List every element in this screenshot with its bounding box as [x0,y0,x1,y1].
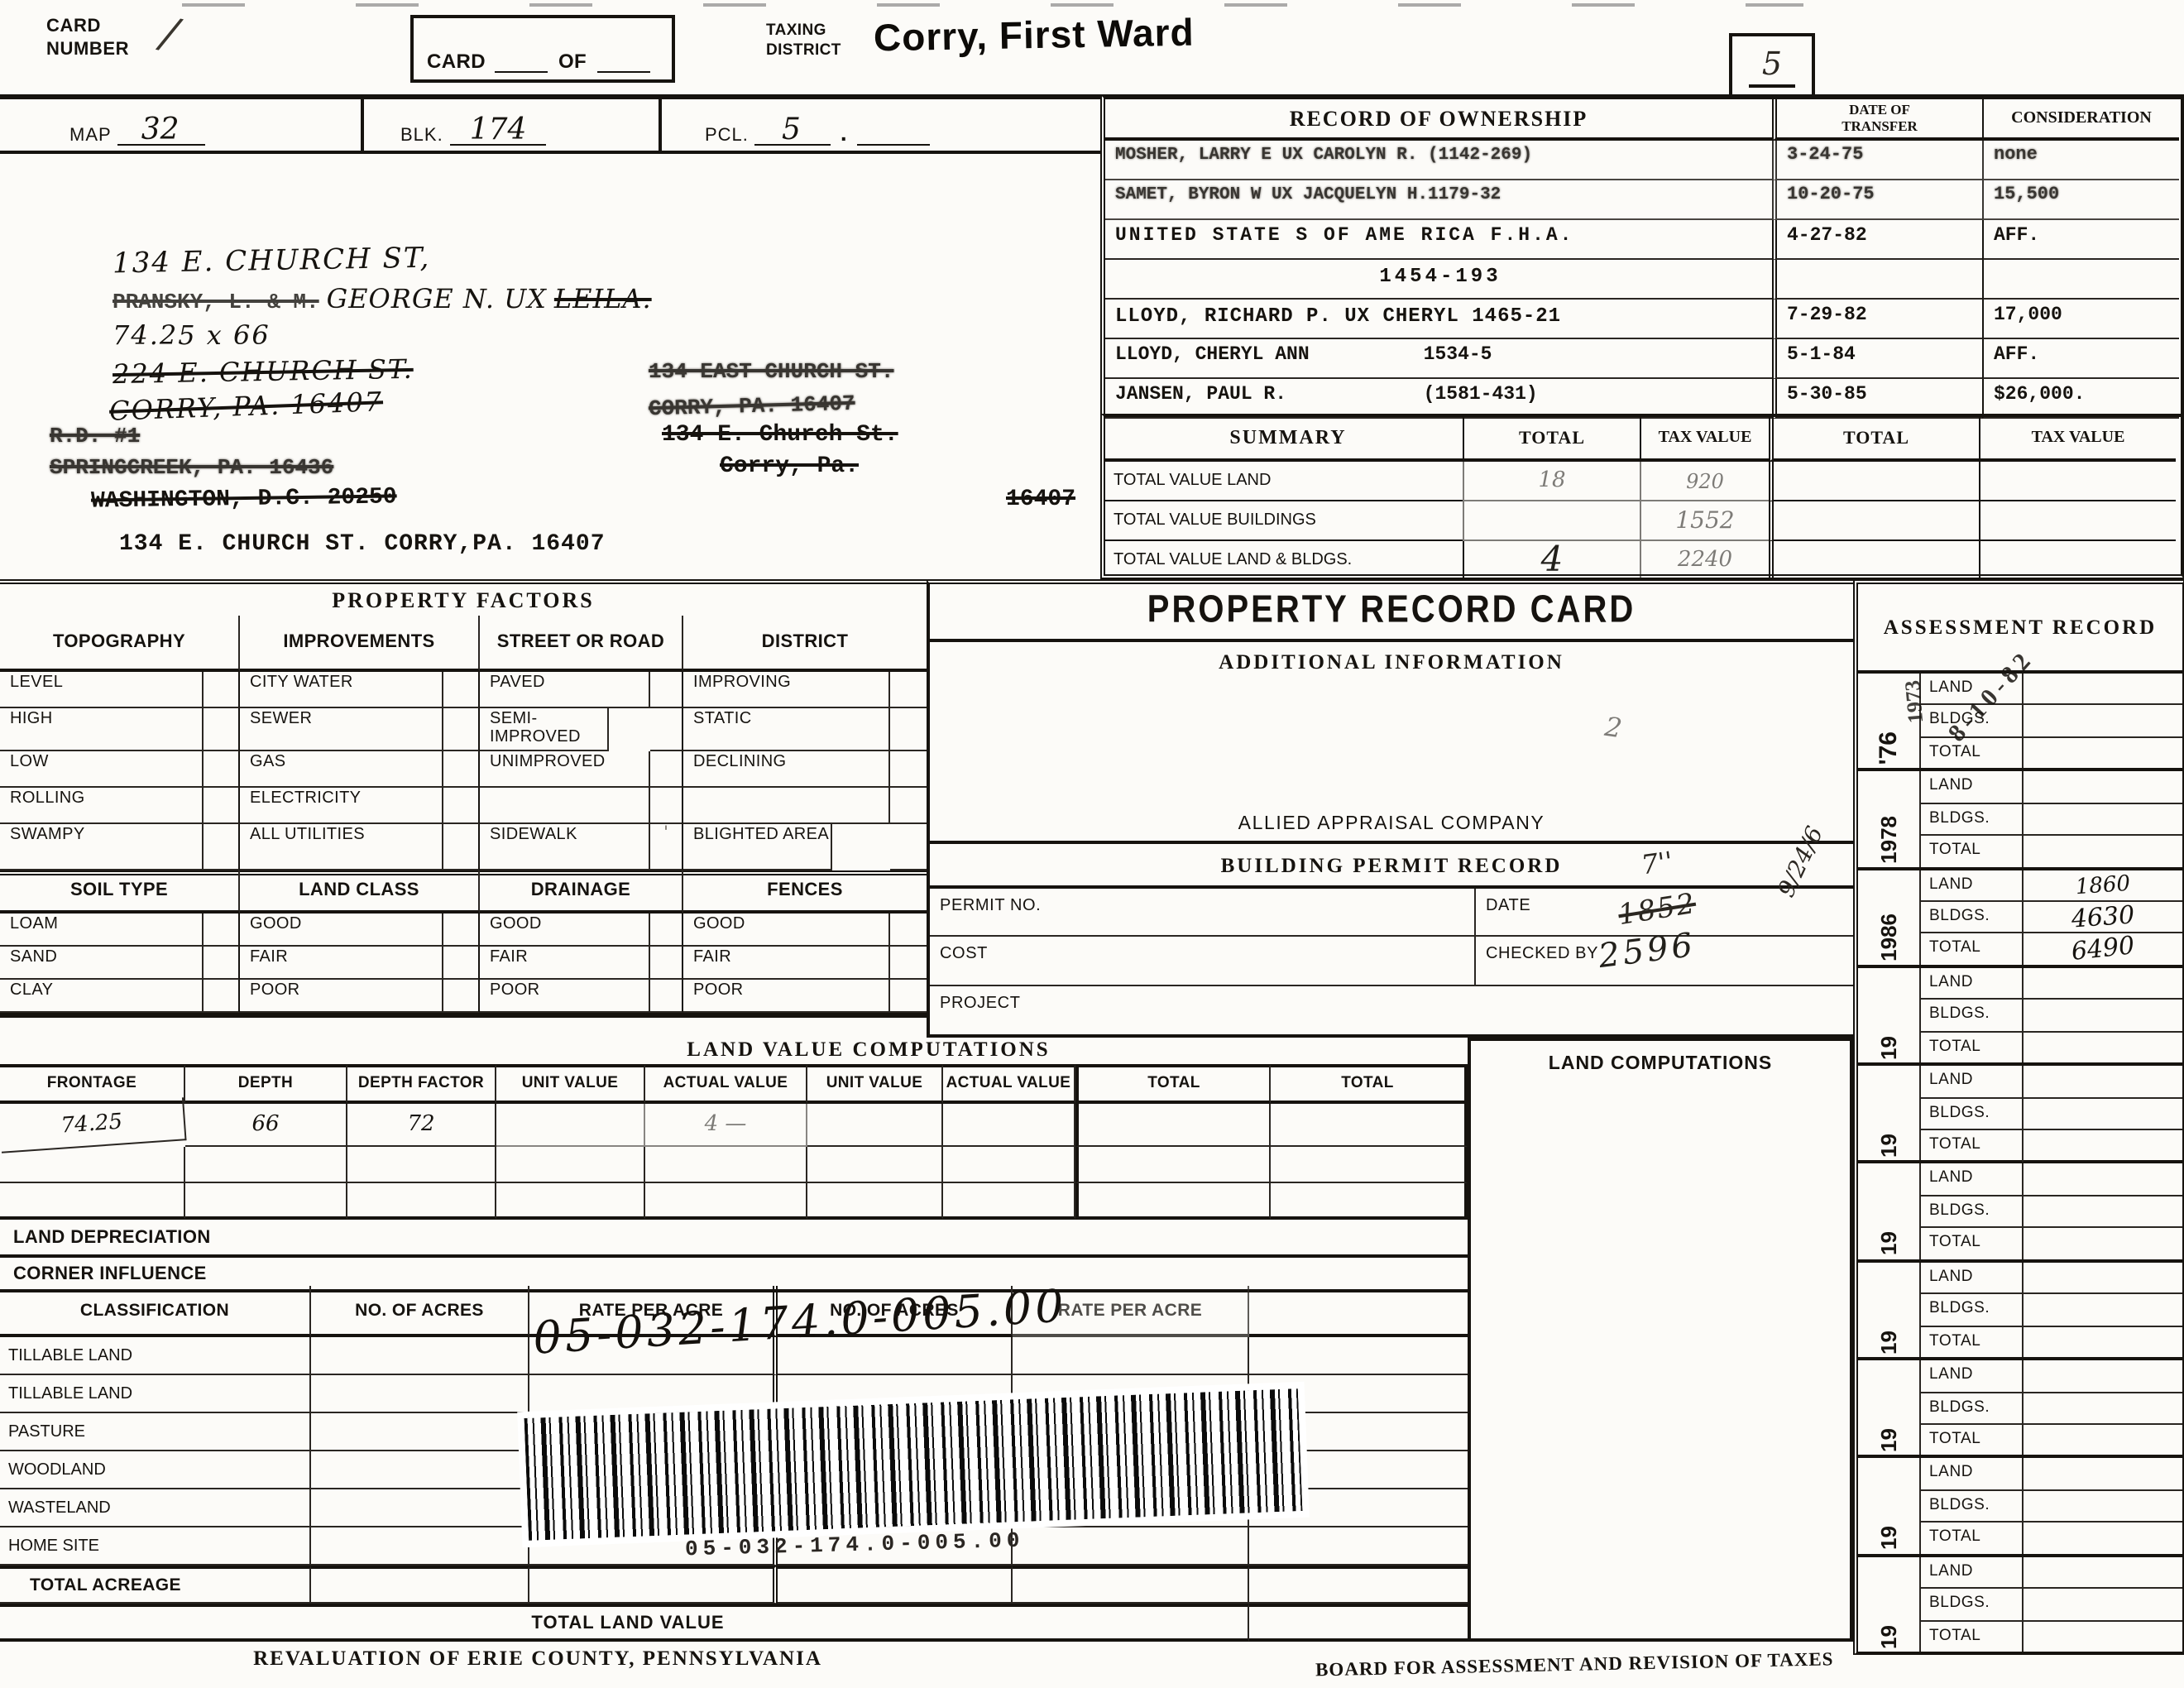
assessment-bldgs-value [2024,1393,2182,1423]
owner-row-date: 7-29-82 [1772,300,1982,339]
factor-checkbox [443,708,480,751]
soil-checkbox [443,914,480,947]
fences-option: POOR [683,980,890,1013]
factor-checkbox [650,751,683,788]
factor-checkbox [890,751,927,788]
summary-land-total: 18 [1463,462,1640,501]
additional-information-note: 2 [1602,711,1623,744]
card-of-card-label: CARD [427,50,486,73]
property-factors-title: PROPERTY FACTORS [332,587,594,613]
factor-checkbox [204,824,240,870]
soil-checkbox [204,914,240,947]
assessment-total-label: TOTAL [1921,738,2024,769]
assessment-total-value [2024,1229,2182,1259]
assessment-group: 19 LAND BLDGS. TOTAL [1858,1164,2182,1263]
factors-col-district: DISTRICT [683,616,927,672]
assessment-land-label: LAND [1921,1459,2024,1489]
assessment-land-label: LAND [1921,1360,2024,1391]
classification-col-header: CLASSIFICATION [0,1286,311,1337]
assessment-land-value [2024,674,2182,704]
soil-checkbox [890,980,927,1013]
lvc-cell-empty [347,1183,496,1220]
factor-checkbox [890,672,927,708]
map-blk-pcl-row: MAP 32 BLK. 174 PCL. 5 . [0,94,1100,154]
footer-left: REVALUATION OF ERIE COUNTY, PENNSYLVANIA [141,1647,935,1671]
acres-col-header: NO. OF ACRES [311,1286,529,1337]
factor-street-option: SIDEWALK [480,824,650,870]
card-sequence-value: 5 [1749,46,1795,87]
factor-checkbox [204,751,240,788]
address-line-2-struck2: LEILA. [554,283,652,314]
land-class-option: GOOD [240,914,443,947]
lvc-cell-empty [0,1183,185,1220]
pcl-value: 5 [755,117,831,146]
taxing-district-value: Corry, First Ward [874,11,1195,61]
assessment-land-value [2024,1556,2182,1587]
assessment-group: 19 LAND BLDGS. TOTAL [1858,1066,2182,1164]
address-line-2: PRANSKY, L. & M. GEORGE N. UX LEILA. [113,283,652,316]
soil-checkbox [650,947,683,980]
lvc-cell-empty [185,1147,347,1183]
assessment-land-value [2024,1263,2182,1293]
card-of-box: CARD OF [410,15,675,83]
ownership-date-col-label: DATE OF TRANSFER [1837,102,1923,134]
owner-row-name: MOSHER, LARRY E UX CAROLYN R. (1142-269) [1105,141,1772,180]
soil-checkbox [650,914,683,947]
owner-row-date: 10-20-75 [1772,180,1982,220]
lvc-col-actual-value: ACTUAL VALUE [645,1064,807,1104]
assessment-total-value [2024,836,2182,866]
classification-row-label: WASTELAND [0,1489,311,1527]
pcl-label: PCL. [705,126,749,146]
assessment-land-label: LAND [1921,1263,2024,1293]
classification-cell [1249,1337,1468,1375]
assessment-bldgs-value [2024,1294,2182,1325]
assessment-land-value [2024,1164,2182,1195]
summary-buildings-tax: 1552 [1640,501,1769,541]
footer-right: BOARD FOR ASSESSMENT AND REVISION OF TAX… [1315,1646,2060,1681]
lvc-cell-empty [1271,1104,1468,1147]
factor-street-option: PAVED [480,672,650,708]
classification-cell [1249,1527,1468,1566]
assessment-land-value [2024,772,2182,803]
assessment-bldgs-label: BLDGS. [1921,1589,2024,1619]
owner-row-name: SAMET, BYRON W UX JACQUELYN H.1179-32 [1105,180,1772,220]
summary-land-bldgs-tax-2 [1979,541,2176,579]
classification-cell [529,1375,778,1413]
blk-value: 174 [450,117,547,146]
land-computations-panel: LAND COMPUTATIONS [1468,1038,1853,1642]
map-label: MAP [69,126,112,146]
soil-col-drainage: DRAINAGE [480,870,683,914]
factor-improvements-option: GAS [240,751,443,788]
permit-no-label: PERMIT NO. [930,889,1476,935]
assessment-record-panel: ASSESSMENT RECORD 1973 8-10-82 '76 LAND … [1853,579,2184,1655]
card-number-handwritten-mark: / [157,9,182,60]
assessment-land-label: LAND [1921,1066,2024,1096]
classification-cell [1013,1527,1249,1566]
lvc-cell-empty [807,1147,943,1183]
classification-row-label: PASTURE [0,1413,311,1451]
classification-cell [311,1527,529,1566]
soil-col-fences: FENCES [683,870,927,914]
address-line-4a: 224 E. CHURCH ST. [113,353,414,390]
address-line-7b: Corry, Pa. [720,453,859,480]
handwritten-figure-1: 7'' [1640,846,1675,881]
scanned-property-record-card: CARD NUMBER / CARD OF TAXING DISTRICT Co… [0,0,2184,1688]
factor-checkbox [890,708,927,751]
assessment-total-label: TOTAL [1921,934,2024,965]
fences-option: FAIR [683,947,890,980]
lvc-col-total-2: TOTAL [1271,1064,1468,1104]
land-value-computations-title: LAND VALUE COMPUTATIONS [265,1038,1473,1062]
assessment-bldgs-label: BLDGS. [1921,1294,2024,1325]
factor-checkbox [204,672,240,708]
factor-street-option [480,788,650,824]
sidewalk-check-mark: ' [650,824,683,870]
lvc-cell-empty [807,1183,943,1220]
factor-district-option [683,788,890,824]
lvc-cell-empty [645,1147,807,1183]
factor-checkbox [890,788,927,824]
factor-district-option: STATIC [683,708,890,751]
owner-row-consideration: AFF. [1982,220,2179,260]
card-sequence-box: 5 [1729,33,1815,99]
assessment-bldgs-label: BLDGS. [1921,902,2024,933]
soil-checkbox [443,980,480,1013]
assessment-total-value [2024,738,2182,769]
owner-row-consideration: AFF. [1982,339,2179,379]
lvc-frontage-value: 74.25 [0,1097,187,1153]
assessment-total-label: TOTAL [1921,1033,2024,1063]
land-value-computations-table: FRONTAGE DEPTH DEPTH FACTOR UNIT VALUE A… [0,1064,1468,1292]
factors-col-topography: TOPOGRAPHY [0,616,240,672]
soil-option: LOAM [0,914,204,947]
address-line-2-struck: PRANSKY, L. & M. [113,290,319,314]
classification-cell [311,1413,529,1451]
appraisal-company-name: ALLIED APPRAISAL COMPANY [930,814,1853,834]
factor-topography-option: SWAMPY [0,824,204,870]
lvc-cell-empty [807,1104,943,1147]
owner-row-name: JANSEN, PAUL R. (1581-431) [1105,379,1772,419]
classification-cell [311,1566,529,1604]
owner-row-book-page: 1454-193 [1105,260,1772,300]
address-line-6b: 134 E. Church St. [662,422,898,448]
lot-size: 74.25 x 66 [113,319,271,351]
assessment-total-label: TOTAL [1921,1523,2024,1554]
lvc-col-unit-value: UNIT VALUE [496,1064,645,1104]
assessment-land-value [2024,1459,2182,1489]
lvc-cell-empty [1075,1183,1271,1220]
lvc-col-unit-value-2: UNIT VALUE [807,1064,943,1104]
permit-cost-label: COST [930,937,1476,985]
pcl-blank [857,126,930,146]
owner-row-date: 5-1-84 [1772,339,1982,379]
assessment-land-label: LAND [1921,1164,2024,1195]
factor-district-option: DECLINING [683,751,890,788]
lvc-cell-empty [185,1183,347,1220]
lvc-unit-value [496,1104,645,1147]
summary-col-total: TOTAL [1463,417,1640,462]
building-permit-record-title: BUILDING PERMIT RECORD [930,844,1853,889]
drainage-option: POOR [480,980,650,1013]
land-depreciation-row: LAND DEPRECIATION [0,1220,1468,1258]
classification-cell [1249,1566,1468,1604]
lvc-cell-empty [943,1183,1075,1220]
classification-cell [1249,1604,1468,1642]
soil-option: CLAY [0,980,204,1013]
ownership-date-col-header: DATE OF TRANSFER [1772,99,1982,141]
assessment-bldgs-value [2024,1491,2182,1522]
assessment-group: 1978 LAND BLDGS. TOTAL [1858,772,2182,870]
address-line-5b: CORRY, PA. 16407 [649,391,855,422]
assessment-group: 19 LAND BLDGS. TOTAL [1858,968,2182,1067]
factor-checkbox [890,824,927,870]
assessment-total-label: TOTAL [1921,1326,2024,1357]
assessment-total-value [2024,1033,2182,1063]
assessment-bldgs-label: BLDGS. [1921,803,2024,834]
factor-improvements-option: CITY WATER [240,672,443,708]
summary-land-bldgs-tax: 2240 [1640,541,1769,579]
assessment-year: 19 [1876,1232,1901,1256]
classification-cell [311,1451,529,1489]
additional-information-panel: ADDITIONAL INFORMATION 2 ALLIED APPRAISA… [927,642,1853,844]
address-line-1: 134 E. CHURCH ST, [113,242,431,281]
blk-label: BLK. [400,126,443,146]
summary-row-label: TOTAL VALUE LAND & BLDGS. [1105,541,1463,579]
assessment-groups: 1973 8-10-82 '76 LAND BLDGS. TOTAL 1978 … [1858,674,2182,1652]
summary-buildings-tax-2 [1979,501,2176,541]
lvc-cell-empty [496,1147,645,1183]
assessment-total-value [2024,1130,2182,1161]
address-line-6a: R.D. #1 [50,424,140,448]
classification-cell [1013,1337,1249,1375]
current-mailing-address: 134 E. CHURCH ST. CORRY,PA. 16407 [119,531,606,558]
assessment-land-value [2024,1360,2182,1391]
soil-checkbox [650,980,683,1013]
lvc-col-total: TOTAL [1075,1064,1271,1104]
assessment-group: 19 LAND BLDGS. TOTAL [1858,1360,2182,1459]
factor-checkbox [443,751,480,788]
assessment-land-label: LAND [1921,772,2024,803]
assessment-year: 19 [1876,1428,1901,1452]
factor-district-option: BLIGHTED AREA [683,824,832,870]
assessment-total-value [2024,1326,2182,1357]
assessment-group: 1986 LAND1860 BLDGS.4630 TOTAL6490 [1858,870,2182,968]
card-of-blank-2 [596,53,649,73]
classification-cell [1013,1566,1249,1604]
lvc-col-depth-factor: DEPTH FACTOR [347,1064,496,1104]
classification-cell [311,1375,529,1413]
assessment-land-value [2024,968,2182,999]
assessment-bldgs-value [2024,1589,2182,1619]
factor-checkbox [650,708,683,751]
assessment-land-label: LAND [1921,1556,2024,1587]
ownership-consideration-col-header: CONSIDERATION [1982,99,2179,141]
factor-topography-option: HIGH [0,708,204,751]
permit-project-label: PROJECT [930,986,1853,1033]
card-of-blank-1 [496,53,548,73]
ownership-title: RECORD OF OWNERSHIP [1105,99,1772,141]
lvc-actual-value: 4 — [645,1104,807,1147]
fences-option: GOOD [683,914,890,947]
factor-checkbox [443,788,480,824]
drainage-option: FAIR [480,947,650,980]
summary-land-total-2 [1769,462,1979,501]
lvc-cell-empty [496,1183,645,1220]
assessment-year: 19 [1876,1624,1901,1648]
soil-checkbox [890,914,927,947]
owner-row-name: LLOYD, RICHARD P. UX CHERYL 1465-21 [1105,300,1772,339]
owner-row-name: LLOYD, CHERYL ANN 1534-5 [1105,339,1772,379]
year-stamp-1973: 1973 [1899,679,1929,725]
classification-row-label: WOODLAND [0,1451,311,1489]
scan-artifact-line [182,3,1803,7]
lvc-cell-empty [1271,1183,1468,1220]
total-acreage-label: TOTAL ACREAGE [0,1566,311,1604]
summary-buildings-total-2 [1769,501,1979,541]
assessment-year: 19 [1876,1526,1901,1550]
assessment-bldgs-label: BLDGS. [1921,1098,2024,1129]
lvc-col-frontage: FRONTAGE [0,1064,185,1104]
lvc-cell-empty [347,1147,496,1183]
factor-improvements-option: SEWER [240,708,443,751]
assessment-year: 19 [1876,1035,1901,1059]
card-page: CARD NUMBER / CARD OF TAXING DISTRICT Co… [0,0,2184,1688]
lvc-cell-empty [1075,1104,1271,1147]
property-record-card-title: PROPERTY RECORD CARD [1147,590,1636,634]
pcl-dot: . [841,119,847,146]
assessment-total-label: TOTAL [1921,1130,2024,1161]
assessment-bldgs-value [2024,1098,2182,1129]
soil-checkbox [204,947,240,980]
record-of-ownership-table: RECORD OF OWNERSHIP DATE OF TRANSFER CON… [1100,94,2184,414]
summary-land-bldgs-total-2 [1769,541,1979,579]
factor-topography-option: LOW [0,751,204,788]
map-value: 32 [118,117,206,146]
lvc-depth-factor-value: 72 [347,1104,496,1147]
factor-checkbox [204,788,240,824]
factor-topography-option: ROLLING [0,788,204,824]
lvc-cell-empty [1075,1147,1271,1183]
assessment-total-value [2024,1523,2182,1554]
factor-street-option: SEMI-IMPROVED [480,708,609,751]
address-line-7a: SPRINGCREEK, PA. 16436 [50,455,333,480]
soil-col-soil-type: SOIL TYPE [0,870,240,914]
assessment-bldgs-value [2024,1196,2182,1227]
building-permit-record-panel: BUILDING PERMIT RECORD PERMIT NO. DATE C… [927,844,1853,1038]
soil-checkbox [443,947,480,980]
classification-header-spacer [1249,1286,1468,1337]
lvc-cell-empty [1271,1147,1468,1183]
factors-col-street: STREET OR ROAD [480,616,683,672]
assessment-total-label: TOTAL [1921,836,2024,866]
assessment-year: 1978 [1876,815,1901,863]
factor-checkbox [443,672,480,708]
assessment-land-label: LAND [1921,968,2024,999]
classification-row-label: TILLABLE LAND [0,1337,311,1375]
address-line-5a: CORRY, PA. 16407 [108,386,383,427]
factor-improvements-option: ELECTRICITY [240,788,443,824]
soil-table: SOIL TYPE LAND CLASS DRAINAGE FENCES LOA… [0,870,927,1018]
summary-row-label: TOTAL VALUE LAND [1105,462,1463,501]
classification-row-label: TILLABLE LAND [0,1375,311,1413]
soil-checkbox [890,947,927,980]
factor-checkbox [204,708,240,751]
land-computations-title: LAND COMPUTATIONS [1471,1041,1850,1074]
lvc-col-depth: DEPTH [185,1064,347,1104]
summary-title: SUMMARY [1105,417,1463,462]
owner-row-date: 3-24-75 [1772,141,1982,180]
factor-checkbox [443,824,480,870]
summary-land-bldgs-total: 4 [1463,541,1640,579]
owner-row-consideration: 17,000 [1982,300,2179,339]
assessment-land-label: LAND [1921,870,2024,900]
soil-col-land-class: LAND CLASS [240,870,480,914]
assessment-year: 19 [1876,1330,1901,1354]
classification-cell [778,1566,1013,1604]
property-record-card-banner: PROPERTY RECORD CARD [927,579,1853,642]
factor-checkbox [650,788,683,824]
owner-row-consideration: none [1982,141,2179,180]
assessment-bldgs-label: BLDGS. [1921,1000,2024,1031]
assessment-land-value [2024,1066,2182,1096]
lvc-cell-empty [943,1147,1075,1183]
taxing-district-label: TAXING DISTRICT [766,22,865,62]
owner-row-consideration: $26,000. [1982,379,2179,419]
assessment-total-label: TOTAL [1921,1425,2024,1455]
assessment-year: 1986 [1876,914,1901,961]
summary-buildings-total [1463,501,1640,541]
factor-street-option: UNIMPROVED [480,751,650,788]
factor-district-option: IMPROVING [683,672,890,708]
summary-table: SUMMARY TOTAL TAX VALUE TOTAL TAX VALUE … [1100,414,2184,579]
lvc-cell-empty [943,1104,1075,1147]
drainage-option: GOOD [480,914,650,947]
total-land-value-row: TOTAL LAND VALUE [0,1604,1249,1642]
summary-land-tax-2 [1979,462,2176,501]
assessment-bldgs-value [2024,1000,2182,1031]
factor-topography-option: LEVEL [0,672,204,708]
assessment-bldgs-value [2024,803,2182,834]
factor-checkbox [650,672,683,708]
assessment-group: 19 LAND BLDGS. TOTAL [1858,1459,2182,1557]
classification-cell [311,1337,529,1375]
land-class-option: POOR [240,980,443,1013]
owner-row-name: UNITED STATE S OF AME RICA F.H.A. [1105,220,1772,260]
land-class-option: FAIR [240,947,443,980]
owner-row-consideration: 15,500 [1982,180,2179,220]
factors-col-improvements: IMPROVEMENTS [240,616,480,672]
lvc-depth-value: 66 [185,1104,347,1147]
classification-cell [311,1489,529,1527]
summary-col-tax-value: TAX VALUE [1640,417,1769,462]
lvc-col-actual-value-2: ACTUAL VALUE [943,1064,1075,1104]
address-line-4b: 134 EAST CHURCH ST. [649,359,893,384]
owner-address-block: 134 E. CHURCH ST, PRANSKY, L. & M. GEORG… [0,154,1100,579]
owner-row-date: 4-27-82 [1772,220,1982,260]
additional-information-title: ADDITIONAL INFORMATION [930,642,1853,675]
assessment-group: 19 LAND BLDGS. TOTAL [1858,1263,2182,1361]
property-factors-title-bar: PROPERTY FACTORS [0,579,927,616]
assessment-bldgs-value [2024,706,2182,736]
lvc-cell-empty [0,1147,185,1183]
card-number-label: CARD NUMBER [46,17,149,62]
assessment-total-label: TOTAL [1921,1229,2024,1259]
summary-col-total-2: TOTAL [1769,417,1979,462]
assessment-total-value [2024,1425,2182,1455]
soil-option: SAND [0,947,204,980]
